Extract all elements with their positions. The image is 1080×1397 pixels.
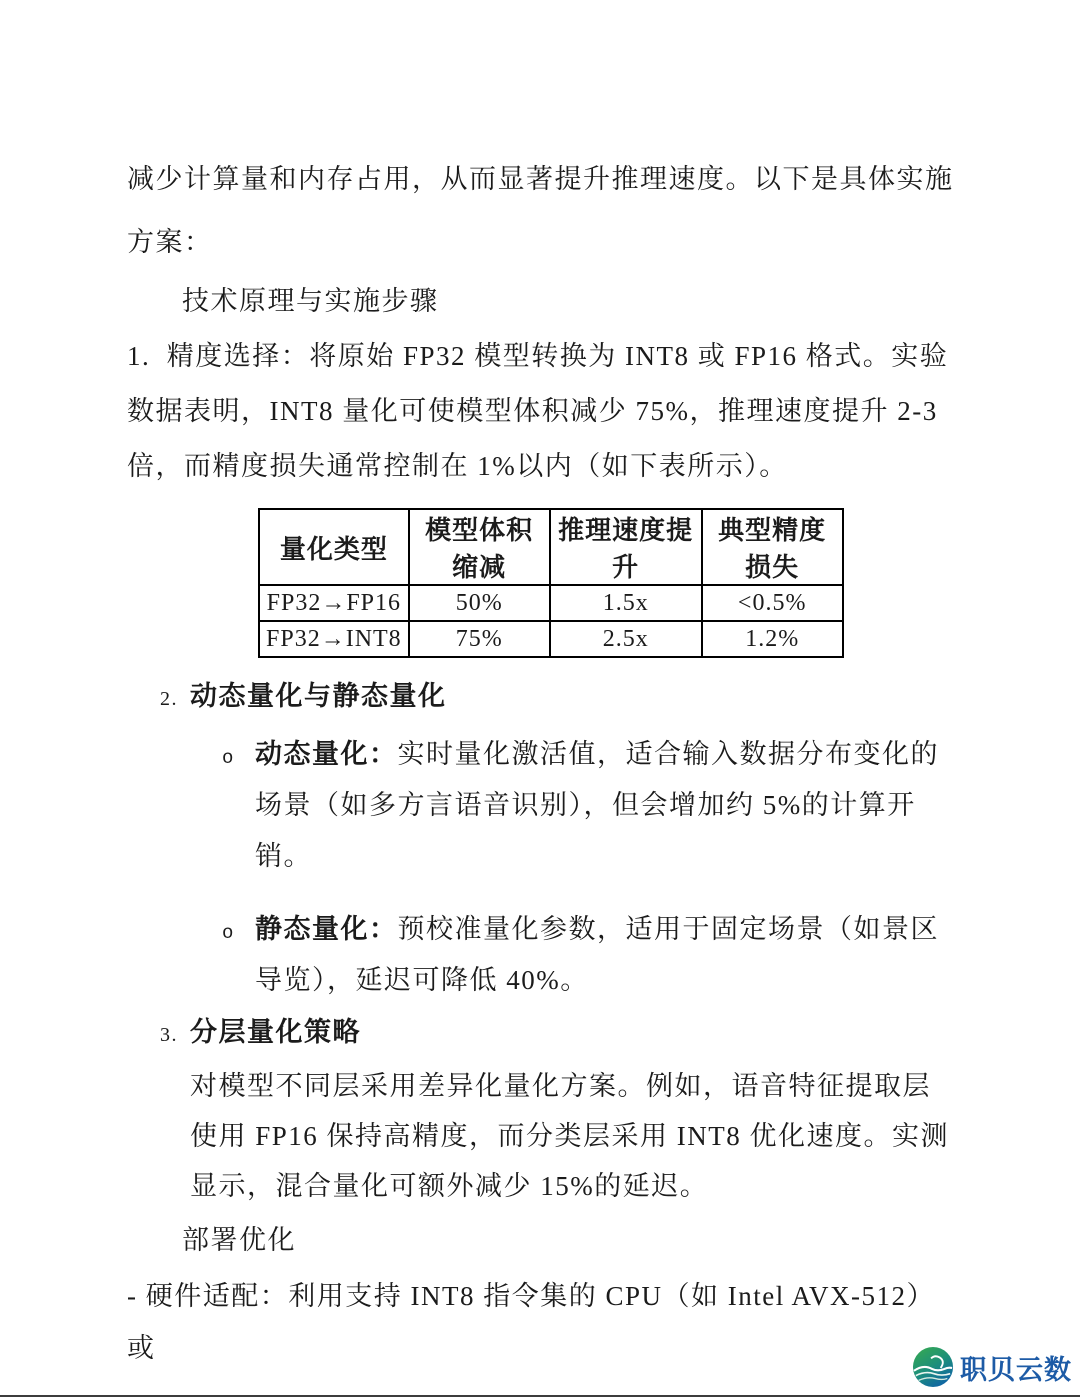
brand-logo: 职贝云数 [912, 1346, 1072, 1388]
numbered-item-2: 2. 动态量化与静态量化 [160, 670, 959, 725]
table-header-cell: 推理速度提升 [550, 509, 702, 585]
table-cell: 75% [409, 621, 550, 657]
bullet-marker: o [222, 733, 255, 784]
table-row: FP32→INT8 75% 2.5x 1.2% [259, 621, 843, 657]
bullet-body: 静态量化：预校准量化参数，适用于固定场景（如景区导览），延迟可降低 40%。 [255, 904, 959, 1006]
table-cell: FP32→INT8 [259, 621, 409, 657]
document-page: 减少计算量和内存占用，从而显著提升推理速度。以下是具体实施方案： 技术原理与实施… [0, 0, 1080, 1397]
table-header-cell: 模型体积缩减 [409, 509, 550, 585]
table-header-cell: 典型精度损失 [702, 509, 843, 585]
table-cell: 1.2% [702, 621, 843, 657]
brand-name: 职贝云数 [960, 1348, 1072, 1387]
table-header-cell: 量化类型 [259, 509, 409, 585]
table-cell: 1.5x [550, 585, 702, 621]
document-content: 减少计算量和内存占用，从而显著提升推理速度。以下是具体实施方案： 技术原理与实施… [127, 148, 959, 1374]
numbered-item-2-title: 动态量化与静态量化 [190, 670, 447, 722]
table-cell: 50% [409, 585, 550, 621]
intro-paragraph: 减少计算量和内存占用，从而显著提升推理速度。以下是具体实施方案： [127, 148, 959, 274]
section-heading-tech: 技术原理与实施步骤 [182, 274, 959, 329]
table-cell: <0.5% [702, 585, 843, 621]
bullet-static-quantization: o 静态量化：预校准量化参数，适用于固定场景（如景区导览），延迟可降低 40%。 [222, 904, 959, 1006]
bullet-label: 静态量化： [255, 914, 398, 944]
list-number: 3. [160, 1009, 190, 1061]
list-number: 2. [160, 673, 190, 725]
bullet-dynamic-quantization: o 动态量化：实时量化激活值，适合输入数据分布变化的场景（如多方言语音识别），但… [222, 729, 959, 882]
table-row: FP32→FP16 50% 1.5x <0.5% [259, 585, 843, 621]
table-header-row: 量化类型 模型体积缩减 推理速度提升 典型精度损失 [259, 509, 843, 585]
numbered-item-3-title: 分层量化策略 [190, 1006, 361, 1058]
numbered-list: 2. 动态量化与静态量化 o 动态量化：实时量化激活值，适合输入数据分布变化的场… [127, 670, 959, 1211]
quantization-table-wrap: 量化类型 模型体积缩减 推理速度提升 典型精度损失 FP32→FP16 50% … [258, 508, 959, 658]
wave-globe-icon [912, 1346, 954, 1388]
quantization-table: 量化类型 模型体积缩减 推理速度提升 典型精度损失 FP32→FP16 50% … [258, 508, 844, 658]
bullet-label: 动态量化： [255, 739, 398, 769]
bullet-body: 动态量化：实时量化激活值，适合输入数据分布变化的场景（如多方言语音识别），但会增… [255, 729, 959, 882]
item1-paragraph: 1. 精度选择：将原始 FP32 模型转换为 INT8 或 FP16 格式。实验… [127, 329, 959, 494]
numbered-item-3: 3. 分层量化策略 [160, 1006, 959, 1061]
numbered-item-3-body: 对模型不同层采用差异化量化方案。例如，语音特征提取层使用 FP16 保持高精度，… [190, 1061, 959, 1211]
table-cell: 2.5x [550, 621, 702, 657]
section-heading-deploy: 部署优化 [182, 1215, 959, 1265]
hardware-adaptation-line: - 硬件适配：利用支持 INT8 指令集的 CPU（如 Intel AVX-51… [127, 1270, 959, 1374]
bullet-marker: o [222, 908, 255, 959]
table-cell: FP32→FP16 [259, 585, 409, 621]
